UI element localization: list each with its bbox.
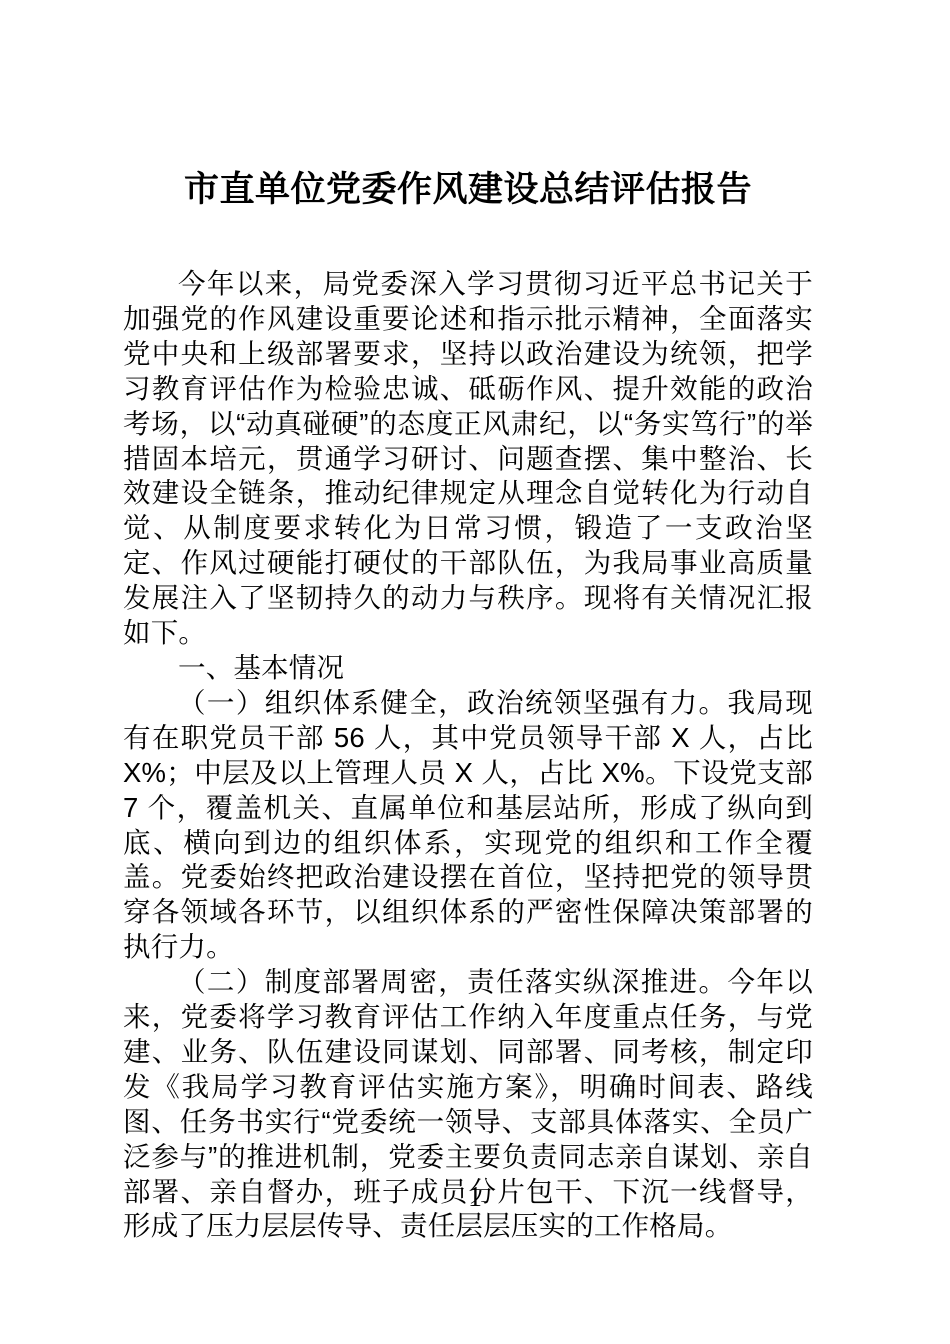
page-number: 1 (0, 1182, 950, 1214)
document-title: 市直单位党委作风建设总结评估报告 (123, 168, 813, 212)
paragraph-organization-system: （一）组织体系健全，政治统领坚强有力。我局现有在职党员干部 56 人，其中党员领… (123, 686, 813, 965)
section-heading-basic-situation: 一、基本情况 (123, 651, 813, 686)
document-page: 市直单位党委作风建设总结评估报告 今年以来，局党委深入学习贯彻习近平总书记关于加… (0, 0, 950, 1344)
document-content: 市直单位党委作风建设总结评估报告 今年以来，局党委深入学习贯彻习近平总书记关于加… (123, 168, 813, 1244)
intro-paragraph: 今年以来，局党委深入学习贯彻习近平总书记关于加强党的作风建设重要论述和指示批示精… (123, 267, 813, 651)
